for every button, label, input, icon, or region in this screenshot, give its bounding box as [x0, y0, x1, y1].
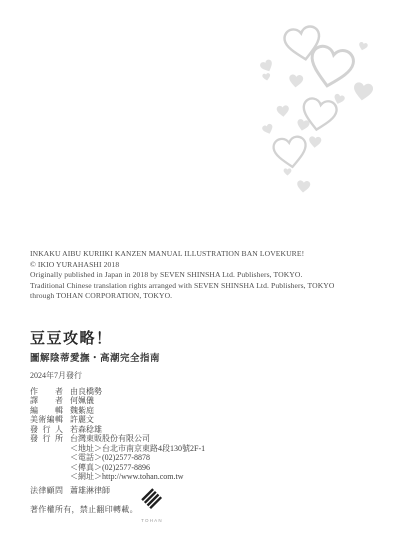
credit-label: 發行人 — [30, 425, 63, 434]
copyright-line: Originally published in Japan in 2018 by… — [30, 270, 375, 281]
heart-icon — [295, 179, 311, 194]
credit-value: 何姵儀 — [70, 396, 94, 405]
credit-rows: 作者 由良橋勢 譯者 何姵儀 編輯 魏紫庭 美術編輯 許麗文 發行人 若森稔雄 … — [30, 387, 205, 444]
heart-icon — [295, 118, 311, 133]
copyright-line: Traditional Chinese translation rights a… — [30, 281, 375, 292]
copyright-line: © IKIO YURAHASHI 2018 — [30, 260, 375, 271]
book-title: 豆豆攻略！ — [30, 330, 160, 347]
heart-outline-icon — [297, 95, 340, 135]
rights-notice: 著作權所有，禁止翻印轉載。 — [30, 504, 138, 515]
heart-icon — [261, 122, 276, 136]
credit-label: 美術編輯 — [30, 415, 63, 424]
copyright-line: INKAKU AIBU KURIIKI KANZEN MANUAL ILLUST… — [30, 249, 375, 260]
colophon-page: INKAKU AIBU KURIIKI KANZEN MANUAL ILLUST… — [0, 0, 400, 558]
credit-value: 蕭雄淋律師 — [70, 486, 110, 495]
copyright-block: INKAKU AIBU KURIIKI KANZEN MANUAL ILLUST… — [30, 249, 375, 302]
credit-value: 台灣東販股份有限公司 — [70, 434, 150, 443]
heart-icon — [357, 41, 369, 52]
book-subtitle: 圖解陰蒂愛撫・高潮完全指南 — [30, 350, 160, 364]
credit-row: 譯者 何姵儀 — [30, 396, 205, 405]
heart-icon — [258, 58, 276, 75]
credit-row: 發行所 台灣東販股份有限公司 — [30, 434, 205, 443]
heart-outline-icon — [280, 23, 326, 65]
heart-icon — [287, 73, 304, 89]
credit-label: 編輯 — [30, 406, 63, 415]
publisher-detail-line: ＜網址＞http://www.tohan.com.tw — [70, 472, 205, 481]
credit-value: 許麗文 — [70, 415, 94, 424]
tohan-logo: TOHAN — [130, 486, 174, 523]
credit-row: 發行人 若森稔雄 — [30, 425, 205, 434]
credit-value: 若森稔雄 — [70, 425, 102, 434]
tohan-diamond-icon — [139, 486, 165, 512]
heart-icon — [332, 92, 347, 106]
publisher-detail-line: ＜傳真＞(02)2577-8896 — [70, 463, 205, 472]
credit-label: 法律顧問 — [30, 486, 63, 495]
heart-outline-icon — [270, 134, 311, 172]
credit-row: 編輯 魏紫庭 — [30, 406, 205, 415]
copyright-line: through TOHAN CORPORATION, TOKYO. — [30, 291, 375, 302]
credit-label: 發行所 — [30, 434, 63, 443]
hearts-decoration — [0, 0, 400, 230]
publisher-detail-line: ＜電話＞(02)2577-8878 — [70, 453, 205, 462]
heart-icon — [351, 81, 376, 104]
legal-advisor-row: 法律顧問 蕭雄淋律師 — [30, 486, 205, 495]
issue-date: 2024年7月發行 — [30, 370, 82, 381]
tohan-logo-text: TOHAN — [130, 518, 174, 523]
publisher-detail-line: ＜地址＞台北市南京東路4段130號2F-1 — [70, 444, 205, 453]
heart-icon — [275, 104, 290, 118]
heart-icon — [261, 72, 271, 82]
heart-icon — [283, 168, 292, 176]
credit-value: 魏紫庭 — [70, 406, 94, 415]
credit-row: 美術編輯 許麗文 — [30, 415, 205, 424]
publisher-details: ＜地址＞台北市南京東路4段130號2F-1＜電話＞(02)2577-8878＜傳… — [70, 444, 205, 482]
heart-icon — [307, 135, 322, 149]
title-block: 豆豆攻略！ 圖解陰蒂愛撫・高潮完全指南 — [30, 330, 160, 364]
heart-outline-icon — [303, 41, 359, 93]
credits-table: 作者 由良橋勢 譯者 何姵儀 編輯 魏紫庭 美術編輯 許麗文 發行人 若森稔雄 … — [30, 387, 205, 495]
credit-label: 譯者 — [30, 396, 63, 405]
